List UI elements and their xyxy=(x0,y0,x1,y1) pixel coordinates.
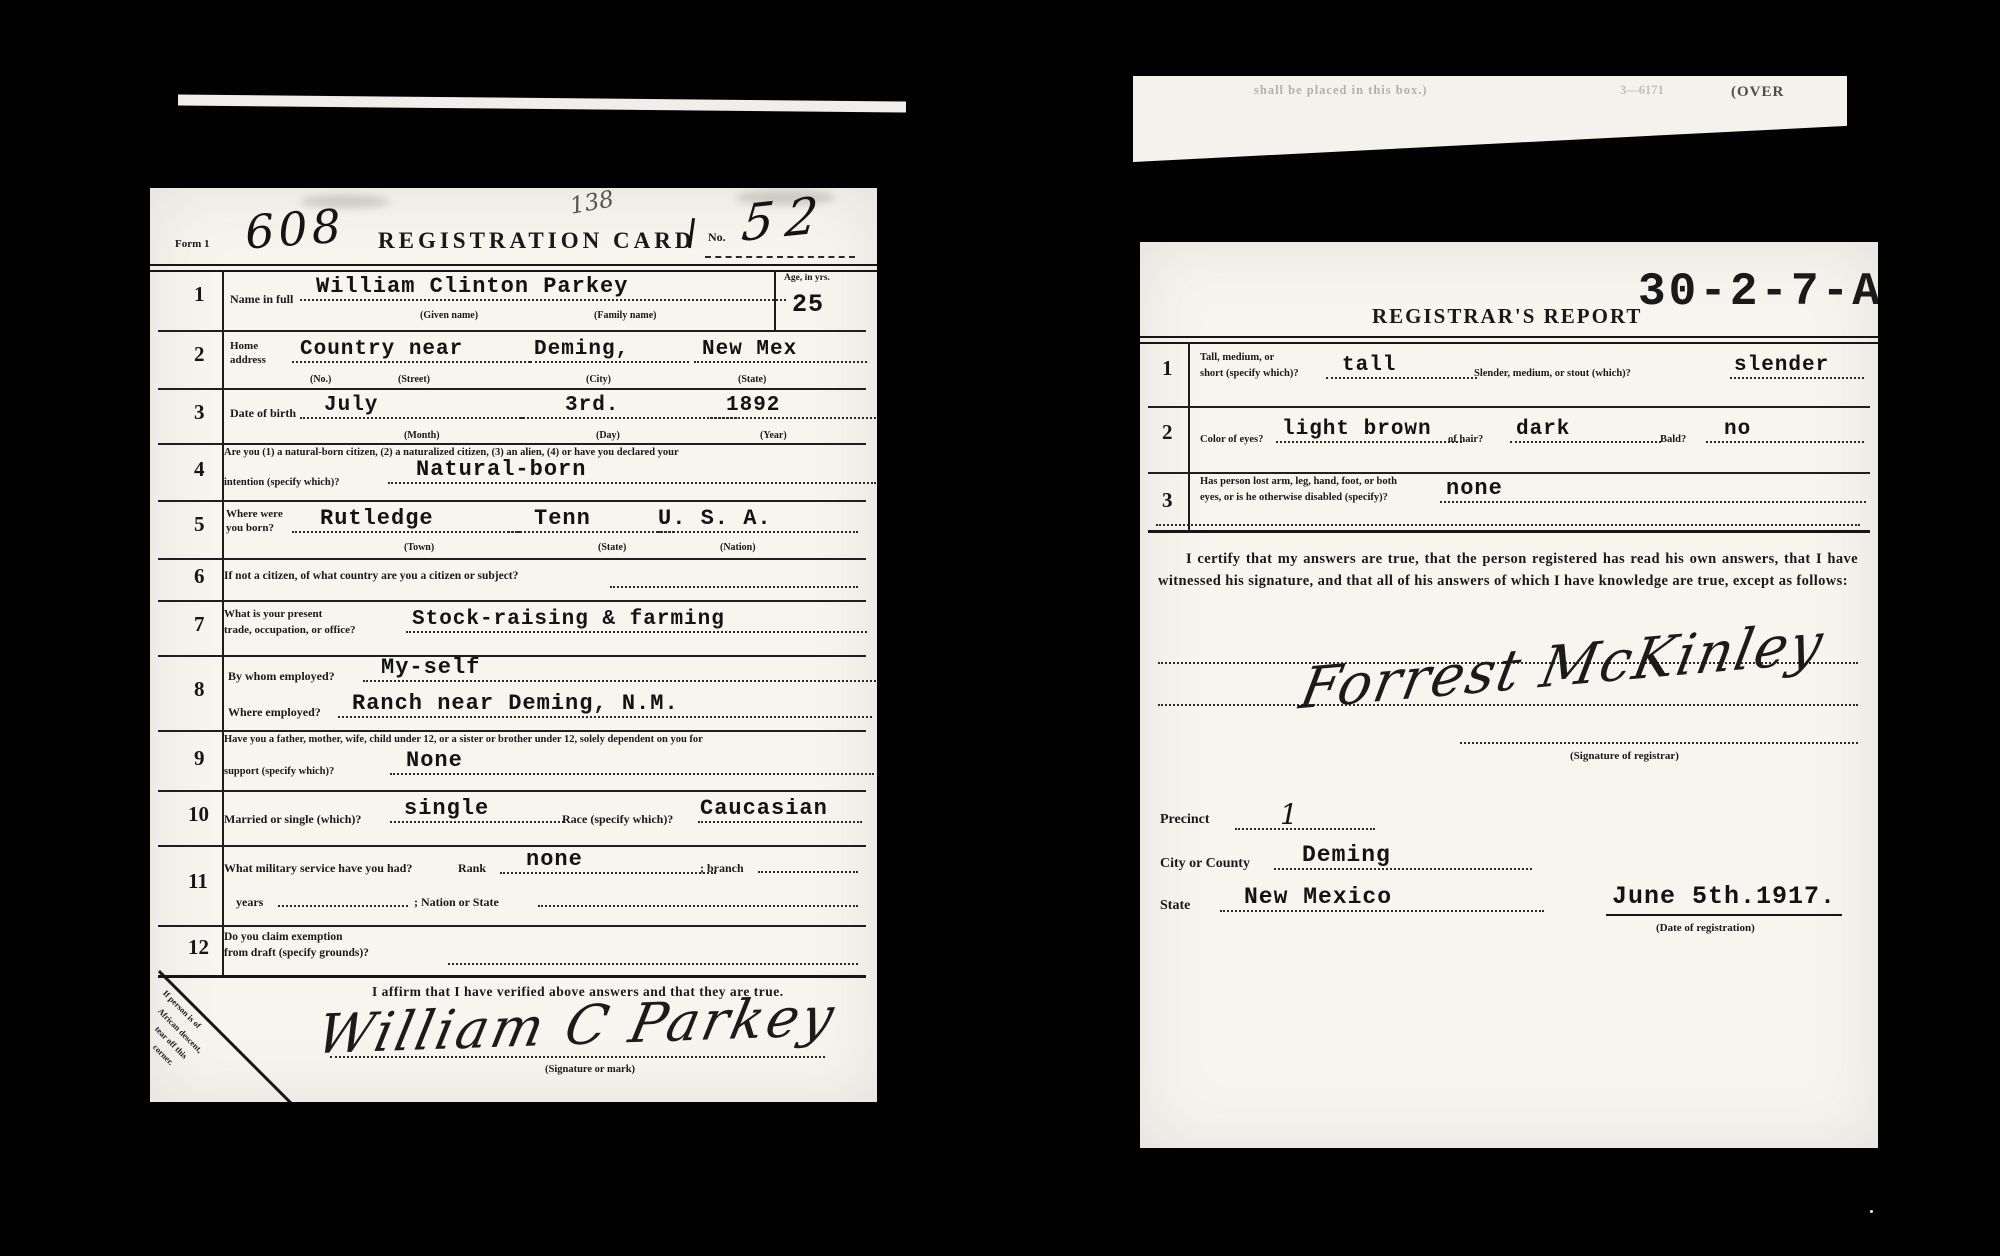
registration-date-value: June 5th.1917. xyxy=(1606,882,1842,916)
registrars-report-card: REGISTRAR'S REPORT 30-2-7-A 1 Tall, medi… xyxy=(1140,242,1878,1148)
day-sublabel: (Day) xyxy=(596,430,620,441)
state-label: State xyxy=(1160,898,1190,914)
no-label: No. xyxy=(708,230,726,245)
dependents-value: None xyxy=(390,748,874,775)
row-eyes-hair: 2 Color of eyes? light brown of hair? da… xyxy=(1148,406,1870,474)
occupation-label-line1: What is your present xyxy=(224,608,322,620)
birth-town-value: Rutledge xyxy=(292,506,520,533)
card-title: REGISTRATION CARD xyxy=(378,228,695,254)
row-marital-race: 10 Married or single (which)? single Rac… xyxy=(158,790,866,847)
race-label: Race (specify which)? xyxy=(562,812,673,827)
eyes-value: light brown xyxy=(1276,418,1462,443)
row-exemption: 12 Do you claim exemption from draft (sp… xyxy=(158,925,866,978)
row-military-service: 11 What military service have you had? R… xyxy=(158,845,866,927)
name-value: William Clinton Parkey xyxy=(300,274,786,301)
row-birthplace: 5 Where were you born? Rutledge Tenn U. … xyxy=(158,500,866,560)
row-number: 5 xyxy=(194,512,205,537)
exemption-label-line2: from draft (specify grounds)? xyxy=(224,947,369,959)
row-citizenship: 4 Are you (1) a natural-born citizen, (2… xyxy=(158,443,866,502)
age-label: Age, in yrs. xyxy=(784,273,830,283)
name-label: Name in full xyxy=(230,292,293,307)
birthplace-label-line2: you born? xyxy=(226,522,274,534)
row-number: 2 xyxy=(194,342,205,367)
disability-label-line2: eyes, or is he otherwise disabled (speci… xyxy=(1200,492,1388,503)
disability-label-line1: Has person lost arm, leg, hand, foot, or… xyxy=(1200,476,1397,487)
years-label: years xyxy=(236,895,263,910)
row-number: 11 xyxy=(188,869,208,894)
age-value: 25 xyxy=(792,290,824,319)
row-date-of-birth: 3 Date of birth July 3rd. 1892 (Month) (… xyxy=(158,388,866,445)
no-sublabel: (No.) xyxy=(310,374,331,385)
birth-year-value: 1892 xyxy=(710,394,876,419)
row-number: 9 xyxy=(194,746,205,771)
disability-value: none xyxy=(1440,476,1866,503)
hair-value: dark xyxy=(1510,418,1661,443)
city-sublabel: (City) xyxy=(586,374,611,385)
row-number: 3 xyxy=(194,400,205,425)
dependents-label-line2: support (specify which)? xyxy=(224,766,334,777)
blank-dotted-line xyxy=(610,568,858,588)
build-value: slender xyxy=(1730,354,1864,379)
height-value: tall xyxy=(1326,354,1477,379)
row-occupation: 7 What is your present trade, occupation… xyxy=(158,600,866,657)
employment-place-value: Ranch near Deming, N.M. xyxy=(338,691,872,718)
handwritten-form-number: 608 xyxy=(243,199,346,260)
height-label-line1: Tall, medium, or xyxy=(1200,352,1274,363)
exemption-blank xyxy=(448,947,858,965)
row-alien-citizenship: 6 If not a citizen, of what country are … xyxy=(158,558,866,602)
state-sublabel: (State) xyxy=(738,374,766,385)
bald-label: Bald? xyxy=(1660,434,1686,445)
row-number: 1 xyxy=(1162,356,1173,381)
row-number: 6 xyxy=(194,564,205,589)
row-number: 12 xyxy=(188,935,209,960)
dob-label: Date of birth xyxy=(230,406,296,421)
row-build: 1 Tall, medium, or short (specify which)… xyxy=(1148,342,1870,408)
home-label: Home xyxy=(230,340,258,352)
state-value: New Mexico xyxy=(1220,884,1544,912)
hair-label: of hair? xyxy=(1448,434,1483,445)
nation-state-blank xyxy=(538,887,858,907)
military-service-label: What military service have you had? xyxy=(224,861,412,876)
row-number: 1 xyxy=(194,282,205,307)
citizenship-value: Natural-born xyxy=(388,457,876,484)
row-number: 2 xyxy=(1162,420,1173,445)
branch-blank xyxy=(758,853,858,873)
birth-day-value: 3rd. xyxy=(520,394,740,419)
row-employment: 8 By whom employed? My-self Where employ… xyxy=(158,655,866,732)
height-label-line2: short (specify which)? xyxy=(1200,368,1299,379)
address-label: address xyxy=(230,354,266,366)
row-home-address: 2 Home address Country near Deming, New … xyxy=(158,330,866,390)
report-rows: 1 Tall, medium, or short (specify which)… xyxy=(1148,342,1870,532)
age-box-divider xyxy=(774,270,776,330)
certification-text: I certify that my answers are true, that… xyxy=(1158,548,1858,593)
row-number: 3 xyxy=(1162,488,1173,513)
town-sublabel: (Town) xyxy=(404,542,434,553)
address-state-value: New Mex xyxy=(694,338,867,363)
form-label: Form 1 xyxy=(175,238,210,250)
penciled-number: 138 xyxy=(568,188,616,220)
employer-label: By whom employed? xyxy=(228,669,335,684)
precinct-blank xyxy=(1235,828,1375,830)
employment-place-label: Where employed? xyxy=(228,705,321,720)
nation-sublabel: (Nation) xyxy=(720,542,756,553)
address-no-street-value: Country near xyxy=(292,338,530,363)
blank-dotted-line xyxy=(1156,512,1860,526)
registration-rows: 1 Name in full William Clinton Parkey (G… xyxy=(158,270,866,976)
serial-underline xyxy=(705,256,855,258)
birth-month-value: July xyxy=(300,394,524,419)
street-sublabel: (Street) xyxy=(398,374,430,385)
signature-caption: (Signature or mark) xyxy=(545,1064,635,1075)
row-name: 1 Name in full William Clinton Parkey (G… xyxy=(158,270,866,332)
form-code-text: 3—6171 xyxy=(1620,83,1664,98)
nation-state-label: ; Nation or State xyxy=(414,895,499,910)
birth-state-value: Tenn xyxy=(508,506,674,533)
marital-value: single xyxy=(390,796,564,823)
rank-label: Rank xyxy=(458,861,486,876)
top-left-card-edge xyxy=(178,95,906,113)
city-county-value: Deming xyxy=(1274,842,1532,870)
birth-nation-value: U. S. A. xyxy=(658,506,858,533)
month-sublabel: (Month) xyxy=(404,430,440,441)
scanned-document-page: shall be placed in this box.) 3—6171 (OV… xyxy=(0,0,2000,1256)
row-disability: 3 Has person lost arm, leg, hand, foot, … xyxy=(1148,472,1870,533)
signature-line xyxy=(330,1056,825,1058)
registrar-signature-line xyxy=(1460,742,1858,744)
precinct-value: 1 xyxy=(1280,798,1298,831)
row-number: 4 xyxy=(194,457,205,482)
registration-card: Form 1 608 REGISTRATION CARD 138 No. 52 … xyxy=(150,188,877,1102)
city-county-label: City or County xyxy=(1160,856,1250,872)
faint-instruction-text: shall be placed in this box.) xyxy=(1254,83,1427,98)
occupation-label-line2: trade, occupation, or office? xyxy=(224,624,355,636)
over-label: (OVER xyxy=(1731,84,1784,101)
birthplace-label-line1: Where were xyxy=(226,508,283,520)
handwritten-serial-number: 52 xyxy=(739,188,832,253)
precinct-label: Precinct xyxy=(1160,812,1210,828)
occupation-value: Stock-raising & farming xyxy=(406,608,867,633)
eyes-label: Color of eyes? xyxy=(1200,434,1263,445)
top-right-card-strip: shall be placed in this box.) 3—6171 (OV… xyxy=(1133,76,1847,162)
given-name-sublabel: (Given name) xyxy=(420,310,478,321)
report-stamp-number: 30-2-7-A xyxy=(1638,266,1878,318)
dependents-label-line1: Have you a father, mother, wife, child u… xyxy=(224,734,703,745)
row-number: 7 xyxy=(194,612,205,637)
branch-label: ; branch xyxy=(700,861,744,876)
family-name-sublabel: (Family name) xyxy=(594,310,657,321)
row-dependents: 9 Have you a father, mother, wife, child… xyxy=(158,730,866,792)
row-number: 8 xyxy=(194,677,205,702)
report-title: REGISTRAR'S REPORT xyxy=(1372,304,1642,329)
build-label: Slender, medium, or stout (which)? xyxy=(1474,368,1631,379)
race-value: Caucasian xyxy=(698,796,862,823)
marital-label: Married or single (which)? xyxy=(224,812,361,827)
years-blank xyxy=(278,887,408,907)
alien-citizenship-label: If not a citizen, of what country are yo… xyxy=(224,570,518,582)
employer-value: My-self xyxy=(363,655,876,682)
bald-value: no xyxy=(1706,418,1864,443)
state-sublabel: (State) xyxy=(598,542,626,553)
exemption-label-line1: Do you claim exemption xyxy=(224,931,343,943)
exception-line-2 xyxy=(1158,704,1858,706)
year-sublabel: (Year) xyxy=(760,430,787,441)
citizenship-label-line2: intention (specify which)? xyxy=(224,477,340,488)
rank-value: none xyxy=(500,847,716,874)
registration-date-caption: (Date of registration) xyxy=(1656,922,1755,934)
registrar-signature-caption: (Signature of registrar) xyxy=(1570,750,1679,762)
row-number: 10 xyxy=(188,802,209,827)
address-city-value: Deming, xyxy=(530,338,689,363)
